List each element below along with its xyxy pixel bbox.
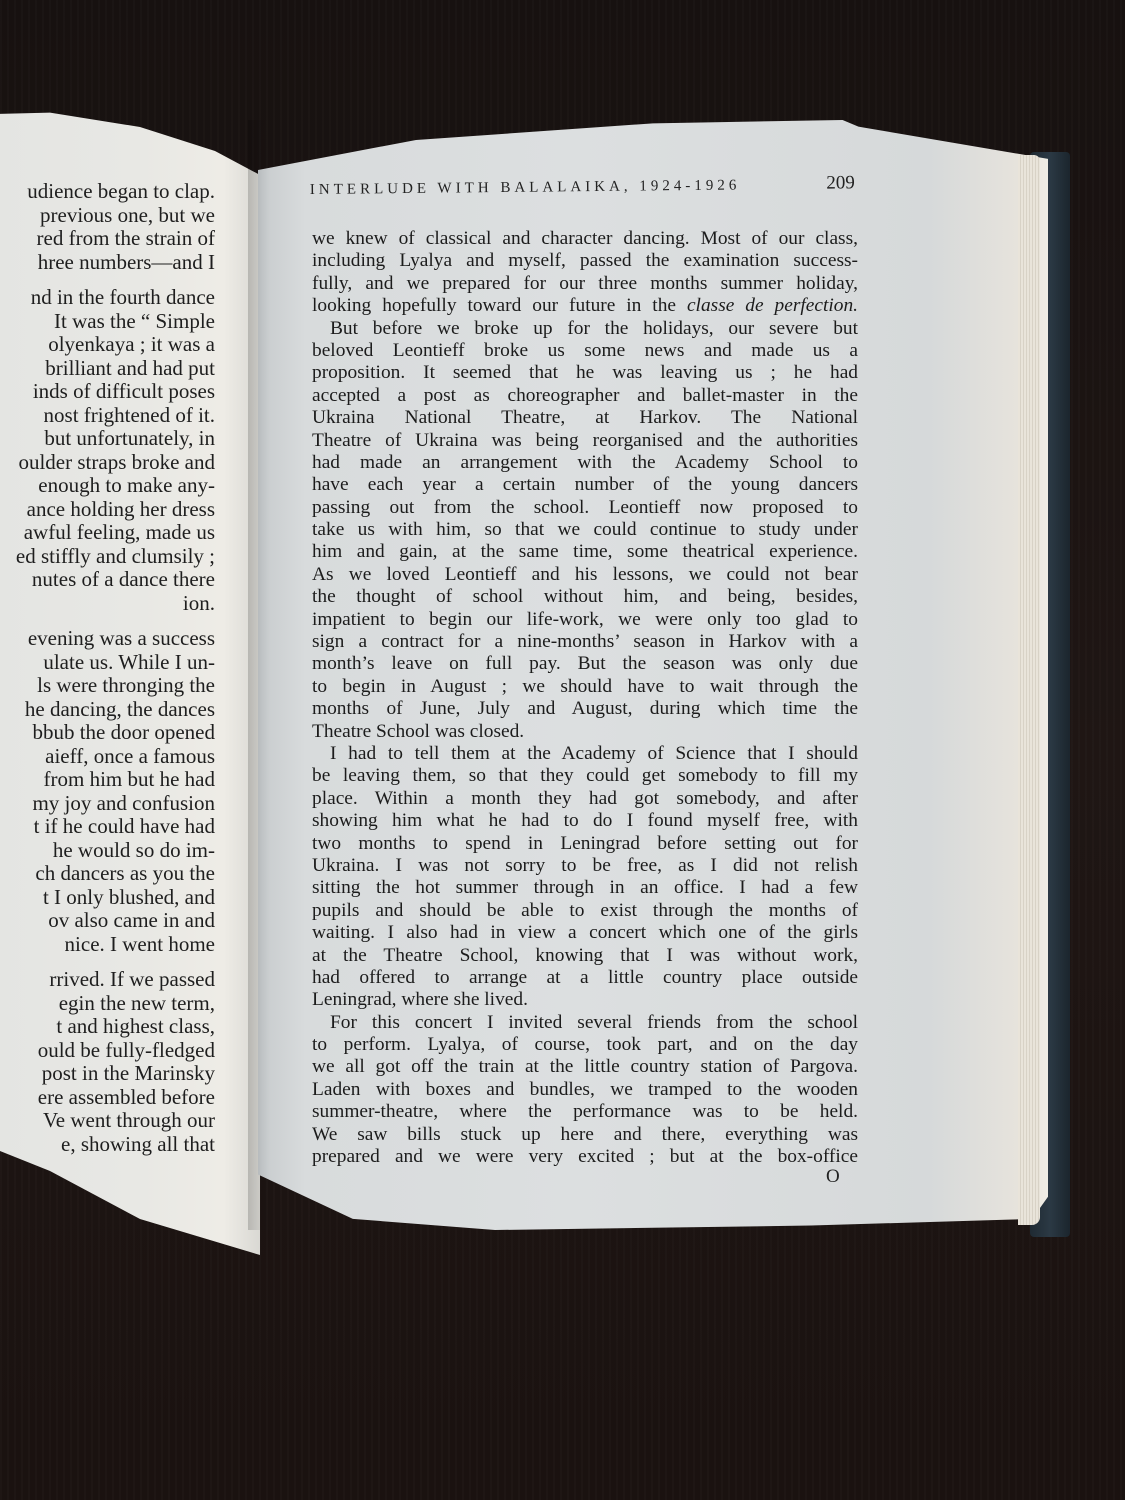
text-line: my joy and confusion <box>0 792 215 816</box>
text-line: prepared and we were very excited ; but … <box>312 1146 858 1168</box>
text-line: evening was a success <box>0 627 215 651</box>
text-line: including Lyalya and myself, passed the … <box>312 250 858 272</box>
text-line: two months to spend in Leningrad before … <box>312 833 858 855</box>
text-line: e, showing all that <box>0 1133 215 1157</box>
text-line: we all got off the train at the little c… <box>312 1056 858 1078</box>
text-line: take us with him, so that we could conti… <box>312 519 858 541</box>
text-line: Ve went through our <box>0 1109 215 1133</box>
text-line: But before we broke up for the holidays,… <box>312 318 858 340</box>
text-line: t I only blushed, and <box>0 886 215 910</box>
text-line: have each year a certain number of the y… <box>312 474 858 496</box>
text-line: nost frightened of it. <box>0 404 215 428</box>
text-line: awful feeling, made us <box>0 521 215 545</box>
text-line: fully, and we prepared for our three mon… <box>312 273 858 295</box>
text-line: sitting the hot summer through in an off… <box>312 877 858 899</box>
text-line: Theatre of Ukraina was being reorganised… <box>312 430 858 452</box>
text-line: at the Theatre School, knowing that I wa… <box>312 945 858 967</box>
text-line: Theatre School was closed. <box>312 721 858 743</box>
text-line: ere assembled before <box>0 1086 215 1110</box>
text-line: place. Within a month they had got someb… <box>312 788 858 810</box>
text-line: ould be fully-fledged <box>0 1039 215 1063</box>
page-number: 209 <box>826 172 855 194</box>
book-spine-gutter <box>248 120 270 1230</box>
text-line: ance holding her dress <box>0 498 215 522</box>
text-line: waiting. I also had in view a concert wh… <box>312 922 858 944</box>
text-line: sign a contract for a nine-months’ seaso… <box>312 631 858 653</box>
text-line: we knew of classical and character danci… <box>312 228 858 250</box>
text-line: showing him what he had to do I found my… <box>312 810 858 832</box>
text-line: olyenkaya ; it was a <box>0 333 215 357</box>
text-line: oulder straps broke and <box>0 451 215 475</box>
text-line: the thought of school without him, and b… <box>312 586 858 608</box>
text-line: enough to make any- <box>0 474 215 498</box>
text-line: nd in the fourth dance <box>0 286 215 310</box>
text-line: months of June, July and August, during … <box>312 698 858 720</box>
italic-phrase: classe de perfection. <box>687 295 858 316</box>
text-line: udience began to clap. <box>0 180 215 204</box>
text-line: I had to tell them at the Academy of Sci… <box>312 743 858 765</box>
text-line: nice. I went home <box>0 933 215 957</box>
text-line: As we loved Leontieff and his lessons, w… <box>312 564 858 586</box>
text-line: had offered to arrange at a little count… <box>312 967 858 989</box>
text-line: t and highest class, <box>0 1015 215 1039</box>
text-line: ch dancers as you the <box>0 862 215 886</box>
text-line: nutes of a dance there <box>0 568 215 592</box>
text-line: he would so do im- <box>0 839 215 863</box>
text-line: summer-theatre, where the performance wa… <box>312 1101 858 1123</box>
text-line: For this concert I invited several frien… <box>312 1012 858 1034</box>
text-line: to perform. Lyalya, of course, took part… <box>312 1034 858 1056</box>
text-line: month’s leave on full pay. But the seaso… <box>312 653 858 675</box>
text-line: inds of difficult poses <box>0 380 215 404</box>
text-line: had made an arrangement with the Academy… <box>312 452 858 474</box>
text-line: hree numbers—and I <box>0 251 215 275</box>
text-line: ulate us. While I un- <box>0 651 215 675</box>
page-edges <box>1018 155 1040 1225</box>
text-line: rrived. If we passed <box>0 968 215 992</box>
text-line: red from the strain of <box>0 227 215 251</box>
text-line: he dancing, the dances <box>0 698 215 722</box>
text-line: looking hopefully toward our future in t… <box>312 295 858 317</box>
text-line: brilliant and had put <box>0 357 215 381</box>
text-line: impatient to begin our life-work, we wer… <box>312 609 858 631</box>
left-page-body-text: udience began to clap.previous one, but … <box>0 180 215 1210</box>
text-line: bbub the door opened <box>0 721 215 745</box>
text-line: ls were thronging the <box>0 674 215 698</box>
text-line: Laden with boxes and bundles, we tramped… <box>312 1079 858 1101</box>
signature-mark: O <box>826 1166 840 1188</box>
text-line: to begin in August ; we should have to w… <box>312 676 858 698</box>
text-line: Ukraina. I was not sorry to be free, as … <box>312 855 858 877</box>
text-line: We saw bills stuck up here and there, ev… <box>312 1124 858 1146</box>
chapter-title: INTERLUDE WITH BALALAIKA, 1924-1926 <box>310 177 741 199</box>
text-line: aieff, once a famous <box>0 745 215 769</box>
text-line: him and gain, at the same time, some the… <box>312 541 858 563</box>
text-line: from him but he had <box>0 768 215 792</box>
text-line: ov also came in and <box>0 909 215 933</box>
text-line: ion. <box>0 592 215 616</box>
text-line: but unfortunately, in <box>0 427 215 451</box>
text-line: t if he could have had <box>0 815 215 839</box>
text-line: post in the Marinsky <box>0 1062 215 1086</box>
text-line: It was the “ Simple <box>0 310 215 334</box>
right-page-body-text: we knew of classical and character danci… <box>312 228 858 1168</box>
text-line: beloved Leontieff broke us some news and… <box>312 340 858 362</box>
text-line: Ukraina National Theatre, at Harkov. The… <box>312 407 858 429</box>
text-line: pupils and should be able to exist throu… <box>312 900 858 922</box>
text-line: passing out from the school. Leontieff n… <box>312 497 858 519</box>
text-line: proposition. It seemed that he was leavi… <box>312 362 858 384</box>
text-line: previous one, but we <box>0 204 215 228</box>
text-line: accepted a post as choreographer and bal… <box>312 385 858 407</box>
text-line: egin the new term, <box>0 992 215 1016</box>
text-line: ed stiffly and clumsily ; <box>0 545 215 569</box>
text-line: Leningrad, where she lived. <box>312 989 858 1011</box>
text-line: be leaving them, so that they could get … <box>312 765 858 787</box>
